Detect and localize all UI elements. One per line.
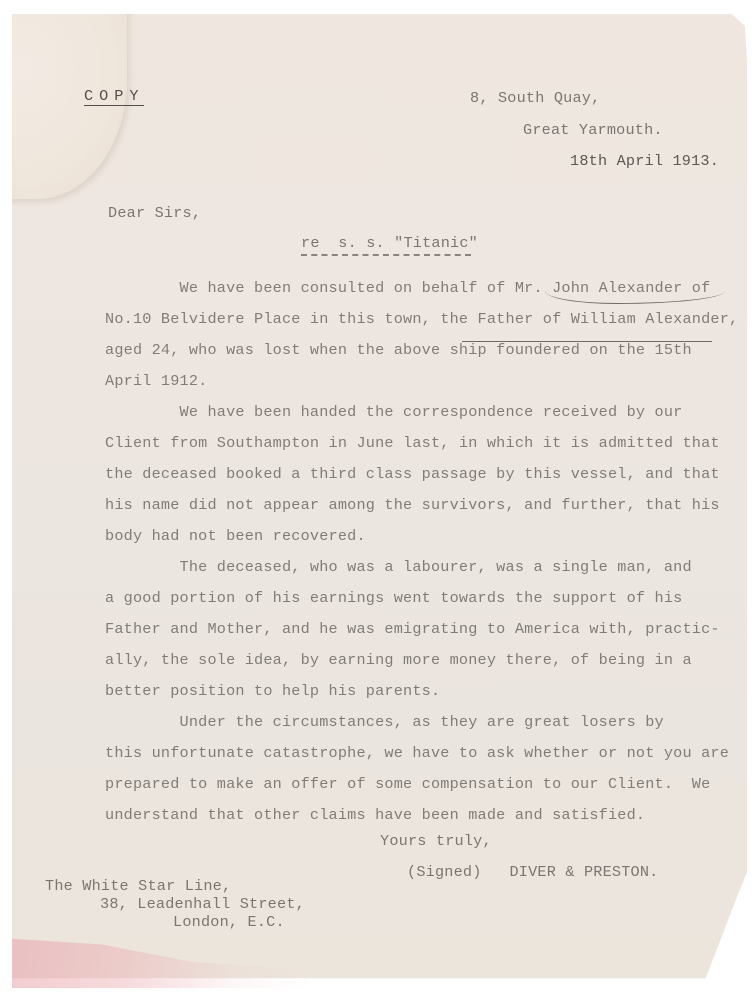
body-line: body had not been recovered. [105, 527, 366, 545]
signature: (Signed) DIVER & PRESTON. [407, 863, 658, 881]
body-line: this unfortunate catastrophe, we have to… [105, 744, 729, 762]
subject-line: re s. s. "Titanic" [301, 234, 478, 252]
body-line: the deceased booked a third class passag… [105, 465, 720, 483]
recipient-line2: 38, Leadenhall Street, [100, 895, 305, 913]
closing: Yours truly, [380, 832, 492, 850]
body-line: aged 24, who was lost when the above shi… [105, 341, 692, 359]
subject-underline [301, 254, 471, 256]
pen-overline-mark [462, 341, 712, 342]
body-line: Client from Southampton in June last, in… [105, 434, 720, 452]
body-line: a good portion of his earnings went towa… [105, 589, 682, 607]
body-line: Under the circumstances, as they are gre… [105, 713, 664, 731]
letter-date: 18th April 1913. [570, 152, 719, 170]
copy-mark: COPY [84, 87, 144, 106]
body-line: prepared to make an offer of some compen… [105, 775, 710, 793]
sender-address-line2: Great Yarmouth. [523, 121, 663, 139]
body-line: better position to help his parents. [105, 682, 440, 700]
body-line: April 1912. [105, 372, 207, 390]
body-line: Father and Mother, and he was emigrating… [105, 620, 720, 638]
sender-address-line1: 8, South Quay, [470, 89, 600, 107]
body-line: understand that other claims have been m… [105, 806, 645, 824]
salutation: Dear Sirs, [108, 204, 201, 222]
body-line: We have been handed the correspondence r… [105, 403, 682, 421]
body-line: ally, the sole idea, by earning more mon… [105, 651, 692, 669]
body-line: his name did not appear among the surviv… [105, 496, 720, 514]
recipient-line1: The White Star Line, [45, 877, 231, 895]
body-line: The deceased, who was a labourer, was a … [105, 558, 692, 576]
recipient-line3: London, E.C. [173, 913, 285, 931]
body-line: No.10 Belvidere Place in this town, the … [105, 310, 738, 328]
